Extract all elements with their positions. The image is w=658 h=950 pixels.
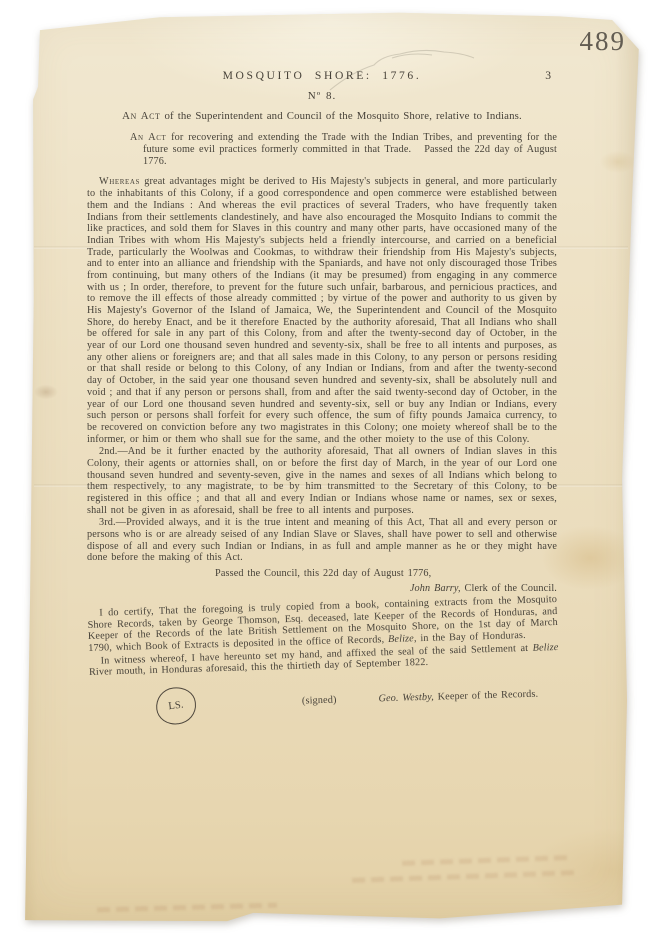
seal-icon: LS.	[154, 684, 198, 725]
act-title: An Act of the Superintendent and Council…	[97, 110, 547, 123]
keeper-title: Keeper of the Records.	[434, 688, 539, 702]
clerk-title: Clerk of the Council.	[461, 583, 557, 594]
clause-second: 2nd.—And be it further enacted by the au…	[87, 446, 557, 516]
certification-block: I do certify, That the foregoing is trul…	[87, 594, 560, 728]
clause-lead: 3rd.	[99, 517, 116, 528]
bleed-through-text	[402, 855, 567, 866]
clerk-signature: John Barry, Clerk of the Council.	[87, 583, 557, 595]
document-paper: 489 MOSQUITO SHORE: 1776. 3 Nº 8. An Act…	[22, 10, 640, 922]
clause-text: great advantages might be derived to His…	[87, 176, 557, 444]
signature-row: LS. (signed) Geo. Westby, Keeper of the …	[89, 674, 560, 728]
running-head: MOSQUITO SHORE: 1776. 3	[87, 70, 557, 82]
keeper-signature: Geo. Westby, Keeper of the Records.	[378, 688, 538, 704]
printed-text-block: MOSQUITO SHORE: 1776. 3 Nº 8. An Act of …	[87, 70, 557, 721]
clause-preamble: Whereas great advantages might be derive…	[87, 176, 557, 445]
act-title-lead: An Act	[122, 110, 160, 122]
clause-third: 3rd.—Provided always, and it is the true…	[87, 517, 557, 564]
clause-text: —Provided always, and it is the true int…	[87, 517, 557, 563]
witness-place: Belize	[533, 641, 559, 653]
signed-label: (signed)	[302, 694, 337, 707]
clerk-name: John Barry,	[410, 583, 461, 594]
paper-shadow: 489 MOSQUITO SHORE: 1776. 3 Nº 8. An Act…	[0, 0, 658, 950]
clause-lead: Whereas	[99, 176, 140, 187]
keeper-name: Geo. Westby,	[378, 692, 434, 705]
running-title: MOSQUITO SHORE: 1776.	[223, 69, 422, 82]
seal-label: LS.	[168, 698, 185, 711]
passed-council-line: Passed the Council, this 22d day of Augu…	[215, 568, 557, 580]
act-title-rest: of the Superintendent and Council of the…	[161, 110, 522, 122]
scanned-page: 489 MOSQUITO SHORE: 1776. 3 Nº 8. An Act…	[0, 0, 658, 950]
act-abstract: An Act for recovering and extending the …	[87, 132, 557, 167]
clause-lead: 2nd.	[99, 446, 117, 457]
certify-place: Belize	[388, 633, 414, 645]
abstract-lead: An Act	[130, 132, 166, 143]
bleed-through-text	[352, 870, 577, 883]
act-number: Nº 8.	[87, 91, 557, 103]
folio-number: 489	[580, 26, 627, 57]
clause-text: —And be it further enacted by the author…	[87, 446, 557, 515]
bleed-through-text	[97, 903, 277, 913]
page-number: 3	[545, 70, 551, 82]
